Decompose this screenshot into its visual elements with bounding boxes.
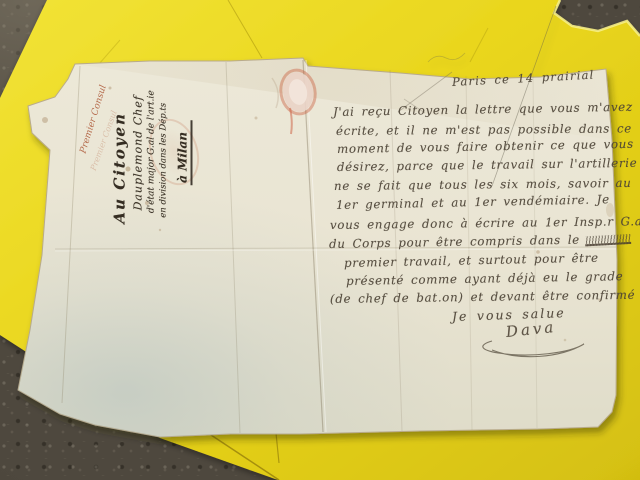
address-line: d'état major G.al de l'art.ie (147, 71, 157, 214)
address-block: Au Citoyen Dauplemond Chef d'état major … (111, 69, 206, 244)
address-line-destination: à Milan (172, 72, 191, 185)
address-line: Dauplemond Chef (132, 70, 145, 211)
address-line: en division dans les Dép.ts (159, 72, 169, 219)
address-line: Au Citoyen (111, 69, 129, 224)
letter-body-line: écrite, et il ne m'est pas possible dans… (336, 121, 632, 138)
photo-of-letter: Au Citoyen Dauplemond Chef d'état major … (0, 0, 640, 480)
strikeout-scribble (585, 234, 631, 246)
